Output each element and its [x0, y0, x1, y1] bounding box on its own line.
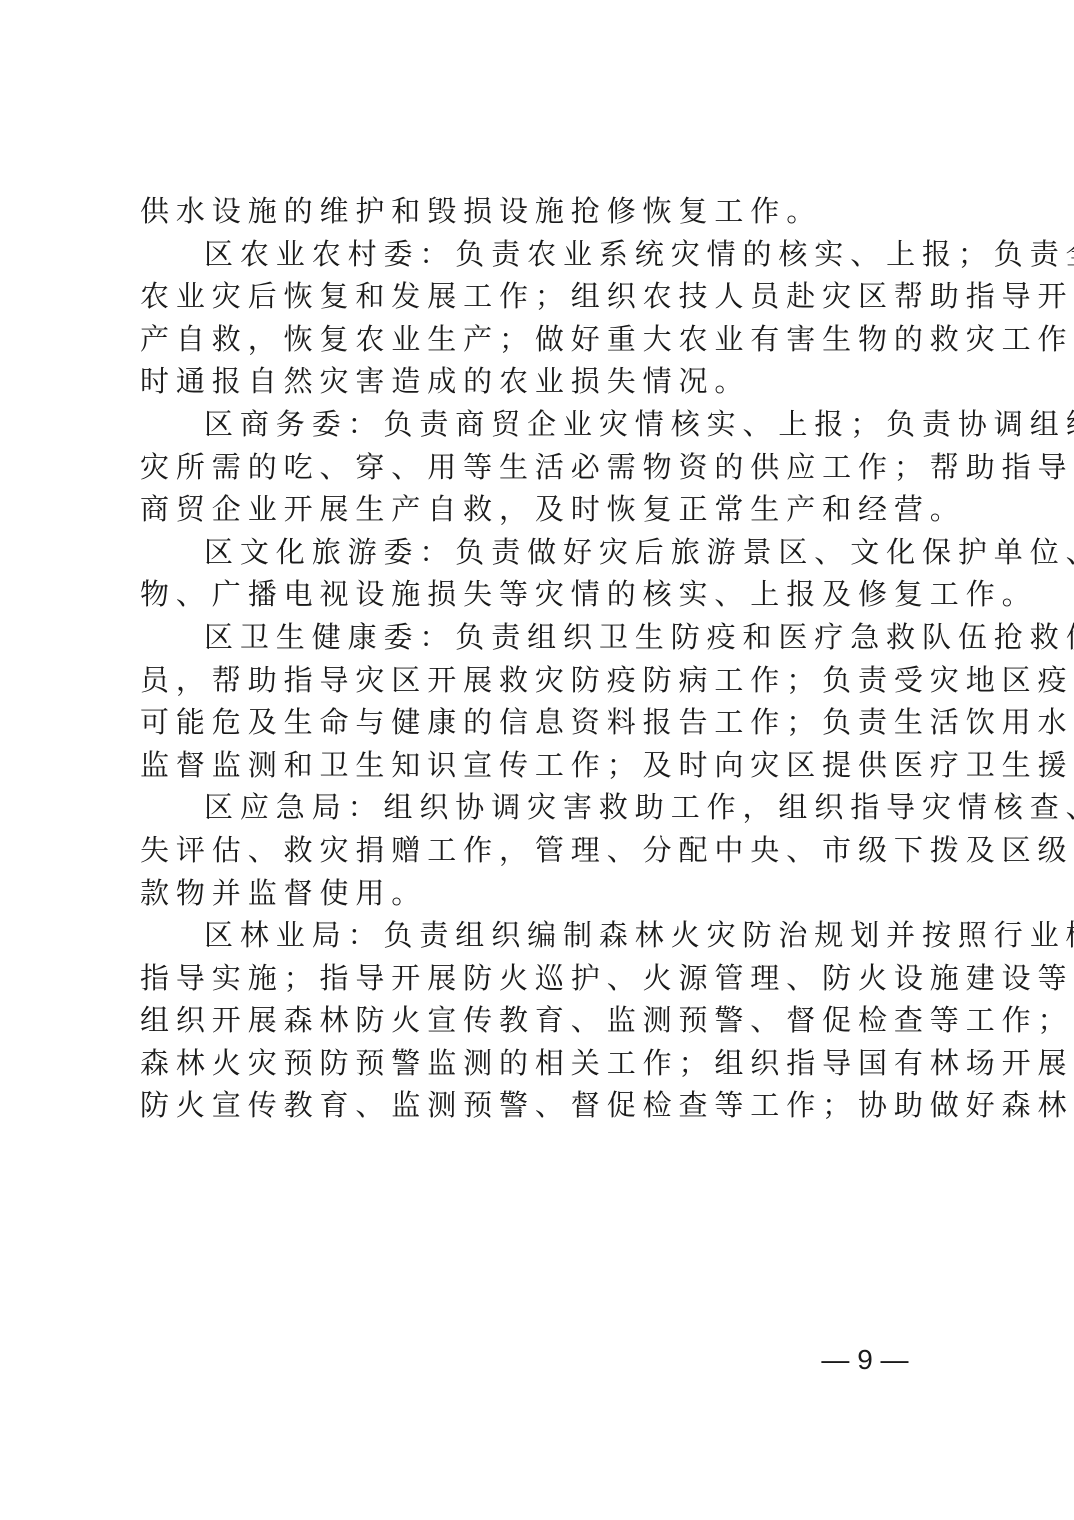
paragraph-commerce-committee: 区商务委：负责商贸企业灾情核实、上报；负责协调组织救 灾所需的吃、穿、用等生活必… — [140, 403, 940, 531]
text-line: 森林火灾预防预警监测的相关工作；组织指导国有林场开展森林 — [140, 1042, 940, 1085]
page-number: — 9 — — [820, 1340, 910, 1380]
document-body: 供水设施的维护和毁损设施抢修恢复工作。 区农业农村委：负责农业系统灾情的核实、上… — [140, 190, 940, 1127]
text-line: 区农业农村委：负责农业系统灾情的核实、上报；负责全区 — [140, 233, 940, 276]
paragraph-forestry-bureau: 区林业局：负责组织编制森林火灾防治规划并按照行业标准 指导实施；指导开展防火巡护… — [140, 914, 940, 1127]
paragraph-culture-tourism-committee: 区文化旅游委：负责做好灾后旅游景区、文化保护单位、文 物、广播电视设施损失等灾情… — [140, 531, 940, 616]
text-line: 区文化旅游委：负责做好灾后旅游景区、文化保护单位、文 — [140, 531, 940, 574]
text-line: 员，帮助指导灾区开展救灾防疫防病工作；负责受灾地区疫情和 — [140, 659, 940, 702]
text-line: 区商务委：负责商贸企业灾情核实、上报；负责协调组织救 — [140, 403, 940, 446]
text-line: 款物并监督使用。 — [140, 872, 940, 915]
paragraph-emergency-bureau: 区应急局：组织协调灾害救助工作，组织指导灾情核查、损 失评估、救灾捐赠工作，管理… — [140, 786, 940, 914]
text-line: 可能危及生命与健康的信息资料报告工作；负责生活饮用水卫生 — [140, 701, 940, 744]
text-line: 商贸企业开展生产自救，及时恢复正常生产和经营。 — [140, 488, 940, 531]
paragraph-agriculture-committee: 区农业农村委：负责农业系统灾情的核实、上报；负责全区 农业灾后恢复和发展工作；组… — [140, 233, 940, 403]
text-line: 监督监测和卫生知识宣传工作；及时向灾区提供医疗卫生援助。 — [140, 744, 940, 787]
text-line: 失评估、救灾捐赠工作，管理、分配中央、市级下拨及区级救灾 — [140, 829, 940, 872]
text-line: 区林业局：负责组织编制森林火灾防治规划并按照行业标准 — [140, 914, 940, 957]
text-line: 区应急局：组织协调灾害救助工作，组织指导灾情核查、损 — [140, 786, 940, 829]
text-line: 组织开展森林防火宣传教育、监测预警、督促检查等工作；负责 — [140, 999, 940, 1042]
paragraph-health-committee: 区卫生健康委：负责组织卫生防疫和医疗急救队伍抢救伤 员，帮助指导灾区开展救灾防疫… — [140, 616, 940, 786]
text-line: 供水设施的维护和毁损设施抢修恢复工作。 — [140, 190, 940, 233]
text-line: 指导实施；指导开展防火巡护、火源管理、防火设施建设等工作； — [140, 957, 940, 1000]
text-line: 区卫生健康委：负责组织卫生防疫和医疗急救队伍抢救伤 — [140, 616, 940, 659]
text-line: 产自救，恢复农业生产；做好重大农业有害生物的救灾工作，及 — [140, 318, 940, 361]
text-line: 防火宣传教育、监测预警、督促检查等工作；协助做好森林火灾 — [140, 1084, 940, 1127]
text-line: 物、广播电视设施损失等灾情的核实、上报及修复工作。 — [140, 573, 940, 616]
text-line: 农业灾后恢复和发展工作；组织农技人员赴灾区帮助指导开展生 — [140, 275, 940, 318]
text-line: 灾所需的吃、穿、用等生活必需物资的供应工作；帮助指导受灾 — [140, 446, 940, 489]
text-line: 时通报自然灾害造成的农业损失情况。 — [140, 360, 940, 403]
document-page: 供水设施的维护和毁损设施抢修恢复工作。 区农业农村委：负责农业系统灾情的核实、上… — [0, 0, 1074, 1520]
